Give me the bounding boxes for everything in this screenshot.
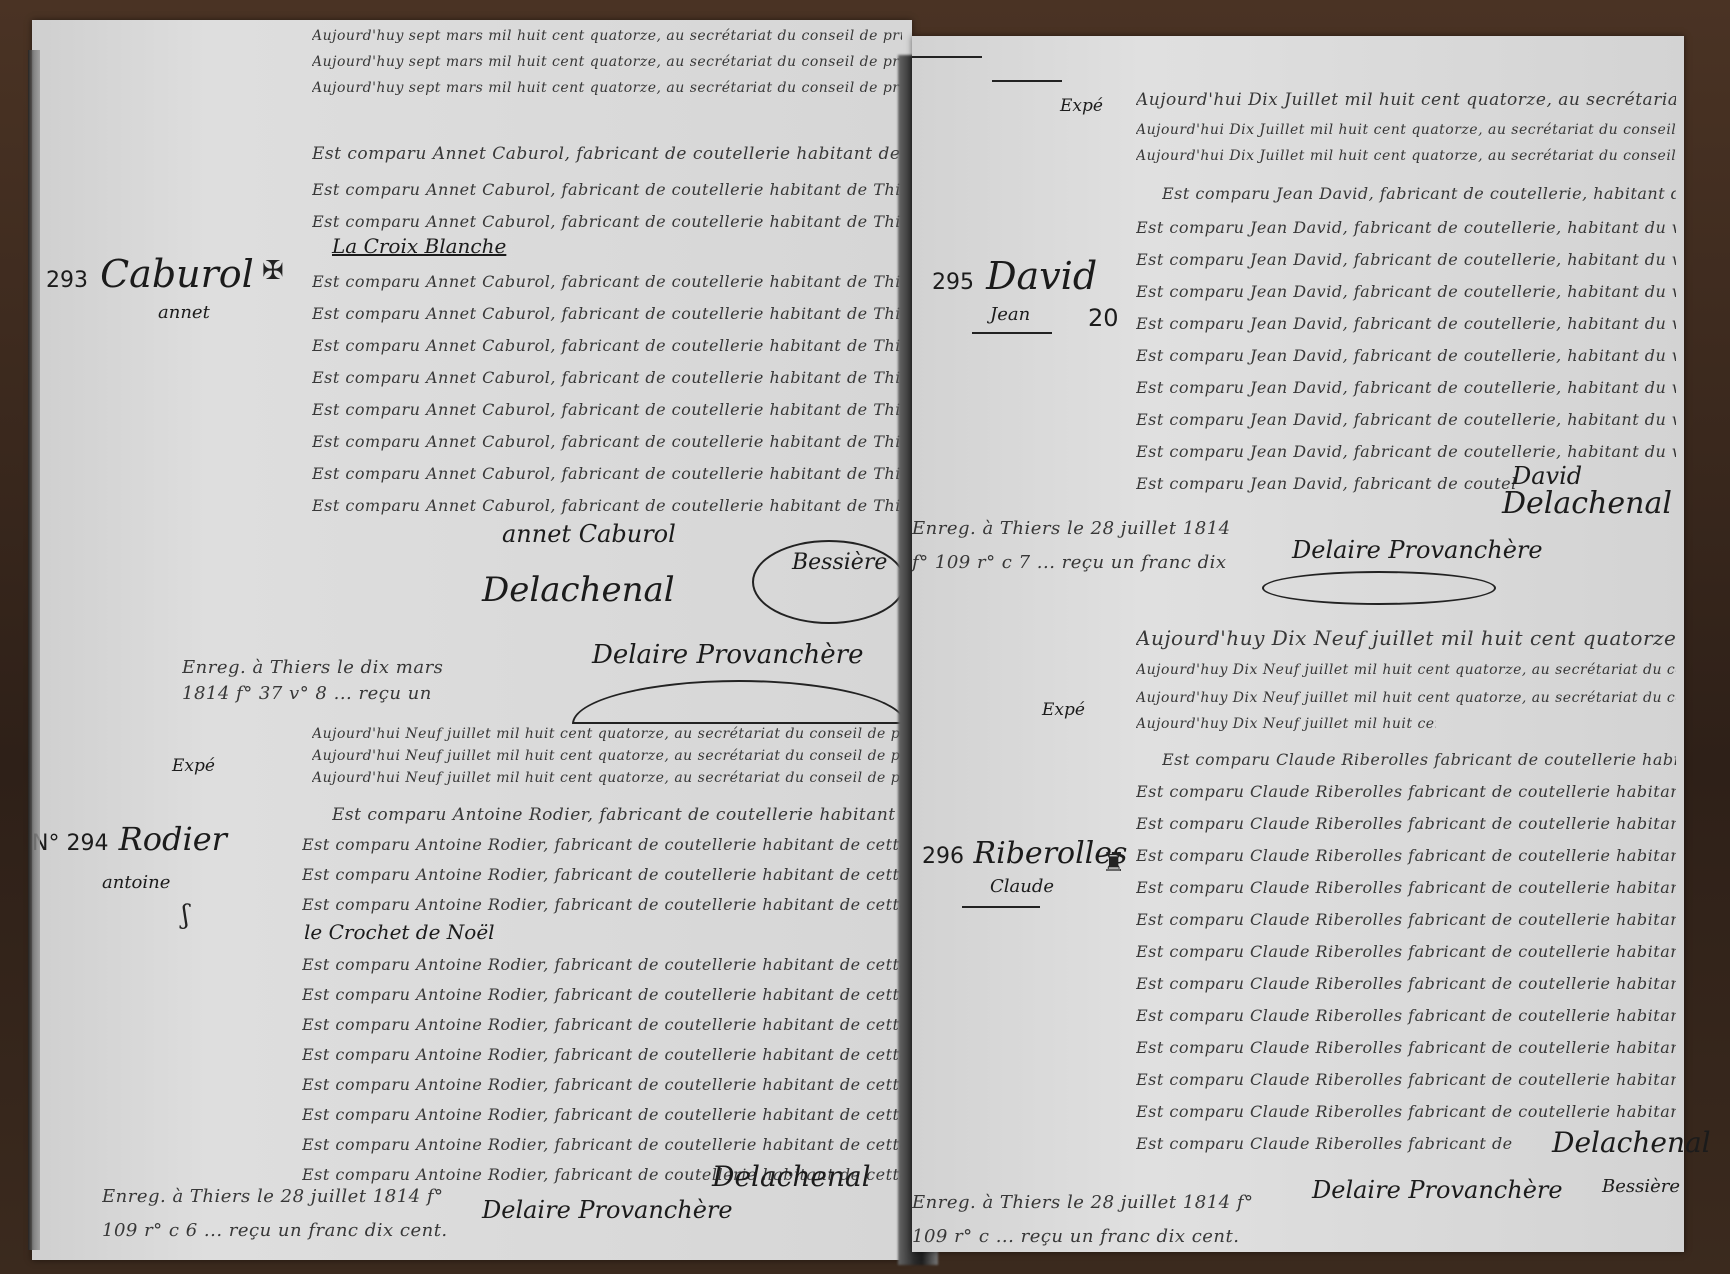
margin-label-expe: Expé [172,756,215,776]
left-header-text-2: Aujourd'huy sept mars mil huit cent quat… [312,54,902,70]
entry-first-name: annet [158,302,210,323]
signature-delachenal: Delachenal [482,570,675,610]
entry-number: N° 294 [32,831,108,856]
left-page: Aujourd'huy sept mars mil huit cent quat… [32,20,912,1260]
registry-note-295: Enreg. à Thiers le 28 juillet 1814 f° 10… [912,512,1242,584]
entry-293-margin: 293 Caburol [46,252,254,296]
entry-293-body-3: Est comparu Annet Caburol, fabricant de … [312,212,902,231]
entry-295-body-6: Est comparu Jean David, fabricant de cou… [1136,346,1676,365]
entry-surname: David [986,254,1097,298]
cross-mark-icon: ✠ [262,256,284,286]
entry-surname: Caburol [100,252,254,296]
entry-293-body-9: Est comparu Annet Caburol, fabricant de … [312,432,902,451]
entry-296-body-5: Est comparu Claude Riberolles fabricant … [1136,878,1676,897]
entry-293-body-6: Est comparu Annet Caburol, fabricant de … [312,336,902,355]
entry-number: 295 [932,270,974,295]
signature-flourish-3 [1262,571,1496,605]
entry-294-body-7: Est comparu Antoine Rodier, fabricant de… [302,1015,902,1034]
entry-295-intro-3: Aujourd'hui Dix Juillet mil huit cent qu… [1136,148,1676,164]
signature-bessiere-2: Bessière [1602,1176,1680,1197]
signature-delachenal-3: Delachenal [1502,486,1672,521]
entry-296-body-9: Est comparu Claude Riberolles fabricant … [1136,1006,1676,1025]
entry-first-name: Claude [990,876,1054,897]
left-header-text: Aujourd'huy sept mars mil huit cent quat… [312,28,902,44]
entry-number: 293 [46,268,88,293]
mark-name-la-croix-blanche: La Croix Blanche [332,234,506,258]
registry-note-296: Enreg. à Thiers le 28 juillet 1814 f° 10… [912,1186,1272,1252]
entry-number: 296 [922,844,964,869]
entry-293-body-8: Est comparu Annet Caburol, fabricant de … [312,400,902,419]
entry-294-margin: N° 294 Rodier [32,820,227,858]
right-page: Expé Aujourd'hui Dix Juillet mil huit ce… [912,36,1684,1252]
margin-label-expe-296: Expé [1042,700,1085,720]
entry-296-intro-2: Aujourd'huy Dix Neuf juillet mil huit ce… [1136,662,1676,678]
entry-295-body-8: Est comparu Jean David, fabricant de cou… [1136,410,1676,429]
entry-294-intro-2: Aujourd'hui Neuf juillet mil huit cent q… [312,748,902,764]
entry-296-body-12: Est comparu Claude Riberolles fabricant … [1136,1102,1676,1121]
entry-294-body: Est comparu Antoine Rodier, fabricant de… [332,805,902,825]
entry-296-intro-3: Aujourd'huy Dix Neuf juillet mil huit ce… [1136,690,1676,706]
entry-294-body-2: Est comparu Antoine Rodier, fabricant de… [302,835,902,854]
registry-note-294: Enreg. à Thiers le 28 juillet 1814 f° 10… [102,1180,472,1252]
signature-annet-caburol: annet Caburol [502,520,676,548]
entry-294-intro: Aujourd'hui Neuf juillet mil huit cent q… [312,726,902,742]
entry-293-body-11: Est comparu Annet Caburol, fabricant de … [312,496,902,515]
entry-296-body-11: Est comparu Claude Riberolles fabricant … [1136,1070,1676,1089]
crochet-mark-icon: ʃ [182,900,189,930]
signature-delaire-provanchere: Delaire Provanchère [592,640,863,670]
entry-first-name: antoine [102,872,170,893]
entry-295-body-4: Est comparu Jean David, fabricant de cou… [1136,282,1676,301]
entry-294-body-11: Est comparu Antoine Rodier, fabricant de… [302,1135,902,1154]
entry-296-body-3: Est comparu Claude Riberolles fabricant … [1136,814,1676,833]
registry-note-293: Enreg. à Thiers le dix mars 1814 f° 37 v… [182,655,482,711]
signature-delachenal-2: Delachenal [712,1160,871,1193]
entry-296-margin: 296 Riberolles [922,836,1127,871]
entry-296-intro: Aujourd'huy Dix Neuf juillet mil huit ce… [1136,626,1676,650]
entry-296-body-2: Est comparu Claude Riberolles fabricant … [1136,782,1676,801]
entry-294-body-6: Est comparu Antoine Rodier, fabricant de… [302,985,902,1004]
signature-delaire-provanchere-2: Delaire Provanchère [482,1196,733,1224]
header-rule-2 [992,80,1062,82]
entry-293-body-7: Est comparu Annet Caburol, fabricant de … [312,368,902,387]
margin-number-20: 20 [1088,304,1119,332]
name-underline-2 [962,906,1040,908]
entry-293-body: Est comparu Annet Caburol, fabricant de … [312,144,902,164]
left-header-text-3: Aujourd'huy sept mars mil huit cent quat… [312,80,902,96]
margin-label-expe-295: Expé [1060,96,1103,116]
entry-293-body-4: Est comparu Annet Caburol, fabricant de … [312,272,902,291]
entry-293-body-5: Est comparu Annet Caburol, fabricant de … [312,304,902,323]
entry-295-body-10: Est comparu Jean David, fabricant de cou… [1136,474,1516,493]
entry-295-body-2: Est comparu Jean David, fabricant de cou… [1136,218,1676,237]
entry-294-body-5: Est comparu Antoine Rodier, fabricant de… [302,955,902,974]
signature-delaire-provanchere-4: Delaire Provanchère [1312,1176,1563,1204]
name-underline [972,332,1052,334]
entry-293-body-10: Est comparu Annet Caburol, fabricant de … [312,464,902,483]
entry-296-body-4: Est comparu Claude Riberolles fabricant … [1136,846,1676,865]
entry-294-body-9: Est comparu Antoine Rodier, fabricant de… [302,1075,902,1094]
entry-296-intro-4: Aujourd'huy Dix Neuf juillet mil huit ce… [1136,716,1436,732]
page-edge-shadow [28,50,40,1250]
entry-295-body-9: Est comparu Jean David, fabricant de cou… [1136,442,1676,461]
entry-296-body-7: Est comparu Claude Riberolles fabricant … [1136,942,1676,961]
entry-293-body-2: Est comparu Annet Caburol, fabricant de … [312,180,902,199]
entry-first-name: Jean [990,304,1030,325]
entry-295-intro: Aujourd'hui Dix Juillet mil huit cent qu… [1136,90,1676,110]
entry-294-body-4: Est comparu Antoine Rodier, fabricant de… [302,895,902,914]
signature-bessiere: Bessière [792,550,887,575]
quinquet-lamp-mark-icon: ♜ [1102,848,1125,878]
entry-295-intro-2: Aujourd'hui Dix Juillet mil huit cent qu… [1136,122,1676,138]
entry-294-body-3: Est comparu Antoine Rodier, fabricant de… [302,865,902,884]
entry-296-body-8: Est comparu Claude Riberolles fabricant … [1136,974,1676,993]
entry-296-body-10: Est comparu Claude Riberolles fabricant … [1136,1038,1676,1057]
entry-295-body-7: Est comparu Jean David, fabricant de cou… [1136,378,1676,397]
signature-delaire-provanchere-3: Delaire Provanchère [1292,536,1543,564]
entry-296-body: Est comparu Claude Riberolles fabricant … [1162,750,1676,769]
header-rule [912,56,982,58]
entry-296-body-13: Est comparu Claude Riberolles fabricant … [1136,1134,1516,1153]
signature-delachenal-4: Delachenal [1552,1126,1711,1159]
entry-295-body-3: Est comparu Jean David, fabricant de cou… [1136,250,1676,269]
entry-294-intro-3: Aujourd'hui Neuf juillet mil huit cent q… [312,770,902,786]
entry-294-body-10: Est comparu Antoine Rodier, fabricant de… [302,1105,902,1124]
entry-296-body-6: Est comparu Claude Riberolles fabricant … [1136,910,1676,929]
entry-294-body-8: Est comparu Antoine Rodier, fabricant de… [302,1045,902,1064]
entry-surname: Rodier [119,820,227,858]
entry-295-body: Est comparu Jean David, fabricant de cou… [1162,184,1676,203]
entry-295-margin: 295 David [932,254,1097,298]
mark-name-crochet: le Crochet de Noël [304,920,495,944]
entry-295-body-5: Est comparu Jean David, fabricant de cou… [1136,314,1676,333]
signature-flourish-2 [572,680,906,724]
